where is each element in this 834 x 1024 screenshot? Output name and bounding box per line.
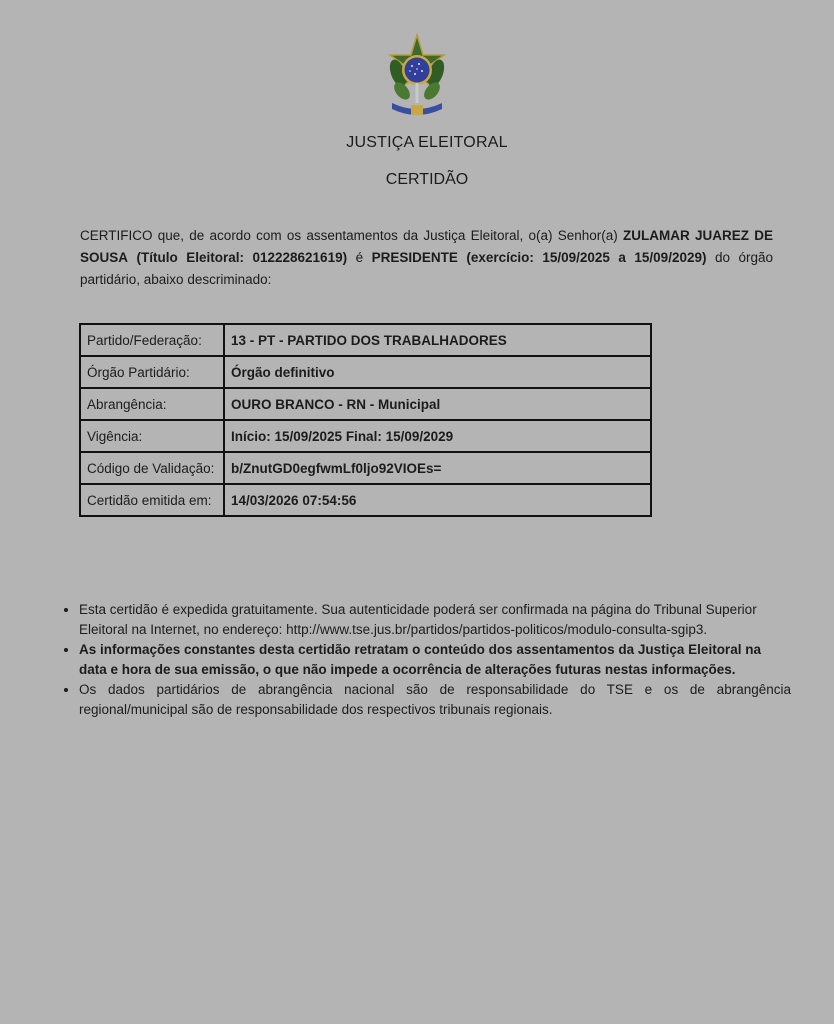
row-label: Vigência: [80,420,224,452]
row-value: Início: 15/09/2025 Final: 15/09/2029 [224,420,651,452]
term: (exercício: 15/09/2025 a 15/09/2029) [466,250,706,265]
role: PRESIDENTE [372,250,458,265]
institution-heading: JUSTIÇA ELEITORAL [0,134,834,152]
issued-at: 14/03/2026 07:54:56 [224,484,651,516]
table-row: Vigência: Início: 15/09/2025 Final: 15/0… [80,420,651,452]
row-value: 13 - PT - PARTIDO DOS TRABALHADORES [224,324,651,356]
row-label: Certidão emitida em: [80,484,224,516]
note-item: As informações constantes desta certidão… [79,640,791,680]
row-label: Partido/Federação: [80,324,224,356]
row-value: OURO BRANCO - RN - Municipal [224,388,651,420]
table-row: Código de Validação: b/ZnutGD0egfwmLf0lj… [80,452,651,484]
party-info-table: Partido/Federação: 13 - PT - PARTIDO DOS… [79,323,652,517]
row-label: Abrangência: [80,388,224,420]
note-item: Os dados partidários de abrangência naci… [79,680,791,720]
table-row: Partido/Federação: 13 - PT - PARTIDO DOS… [80,324,651,356]
brazil-coat-of-arms-icon [386,33,448,121]
row-value: Órgão definitivo [224,356,651,388]
table-row: Órgão Partidário: Órgão definitivo [80,356,651,388]
notes-list: Esta certidão é expedida gratuitamente. … [62,600,791,720]
note-item: Esta certidão é expedida gratuitamente. … [79,600,791,640]
validation-code: b/ZnutGD0egfwmLf0ljo92VIOEs= [224,452,651,484]
table-row: Abrangência: OURO BRANCO - RN - Municipa… [80,388,651,420]
voter-id: (Título Eleitoral: 012228621619) [137,250,348,265]
table-row: Certidão emitida em: 14/03/2026 07:54:56 [80,484,651,516]
row-label: Código de Validação: [80,452,224,484]
row-label: Órgão Partidário: [80,356,224,388]
document-title: CERTIDÃO [0,171,834,189]
intro-text: CERTIFICO que, de acordo com os assentam… [80,228,623,243]
certification-paragraph: CERTIFICO que, de acordo com os assentam… [80,225,773,291]
